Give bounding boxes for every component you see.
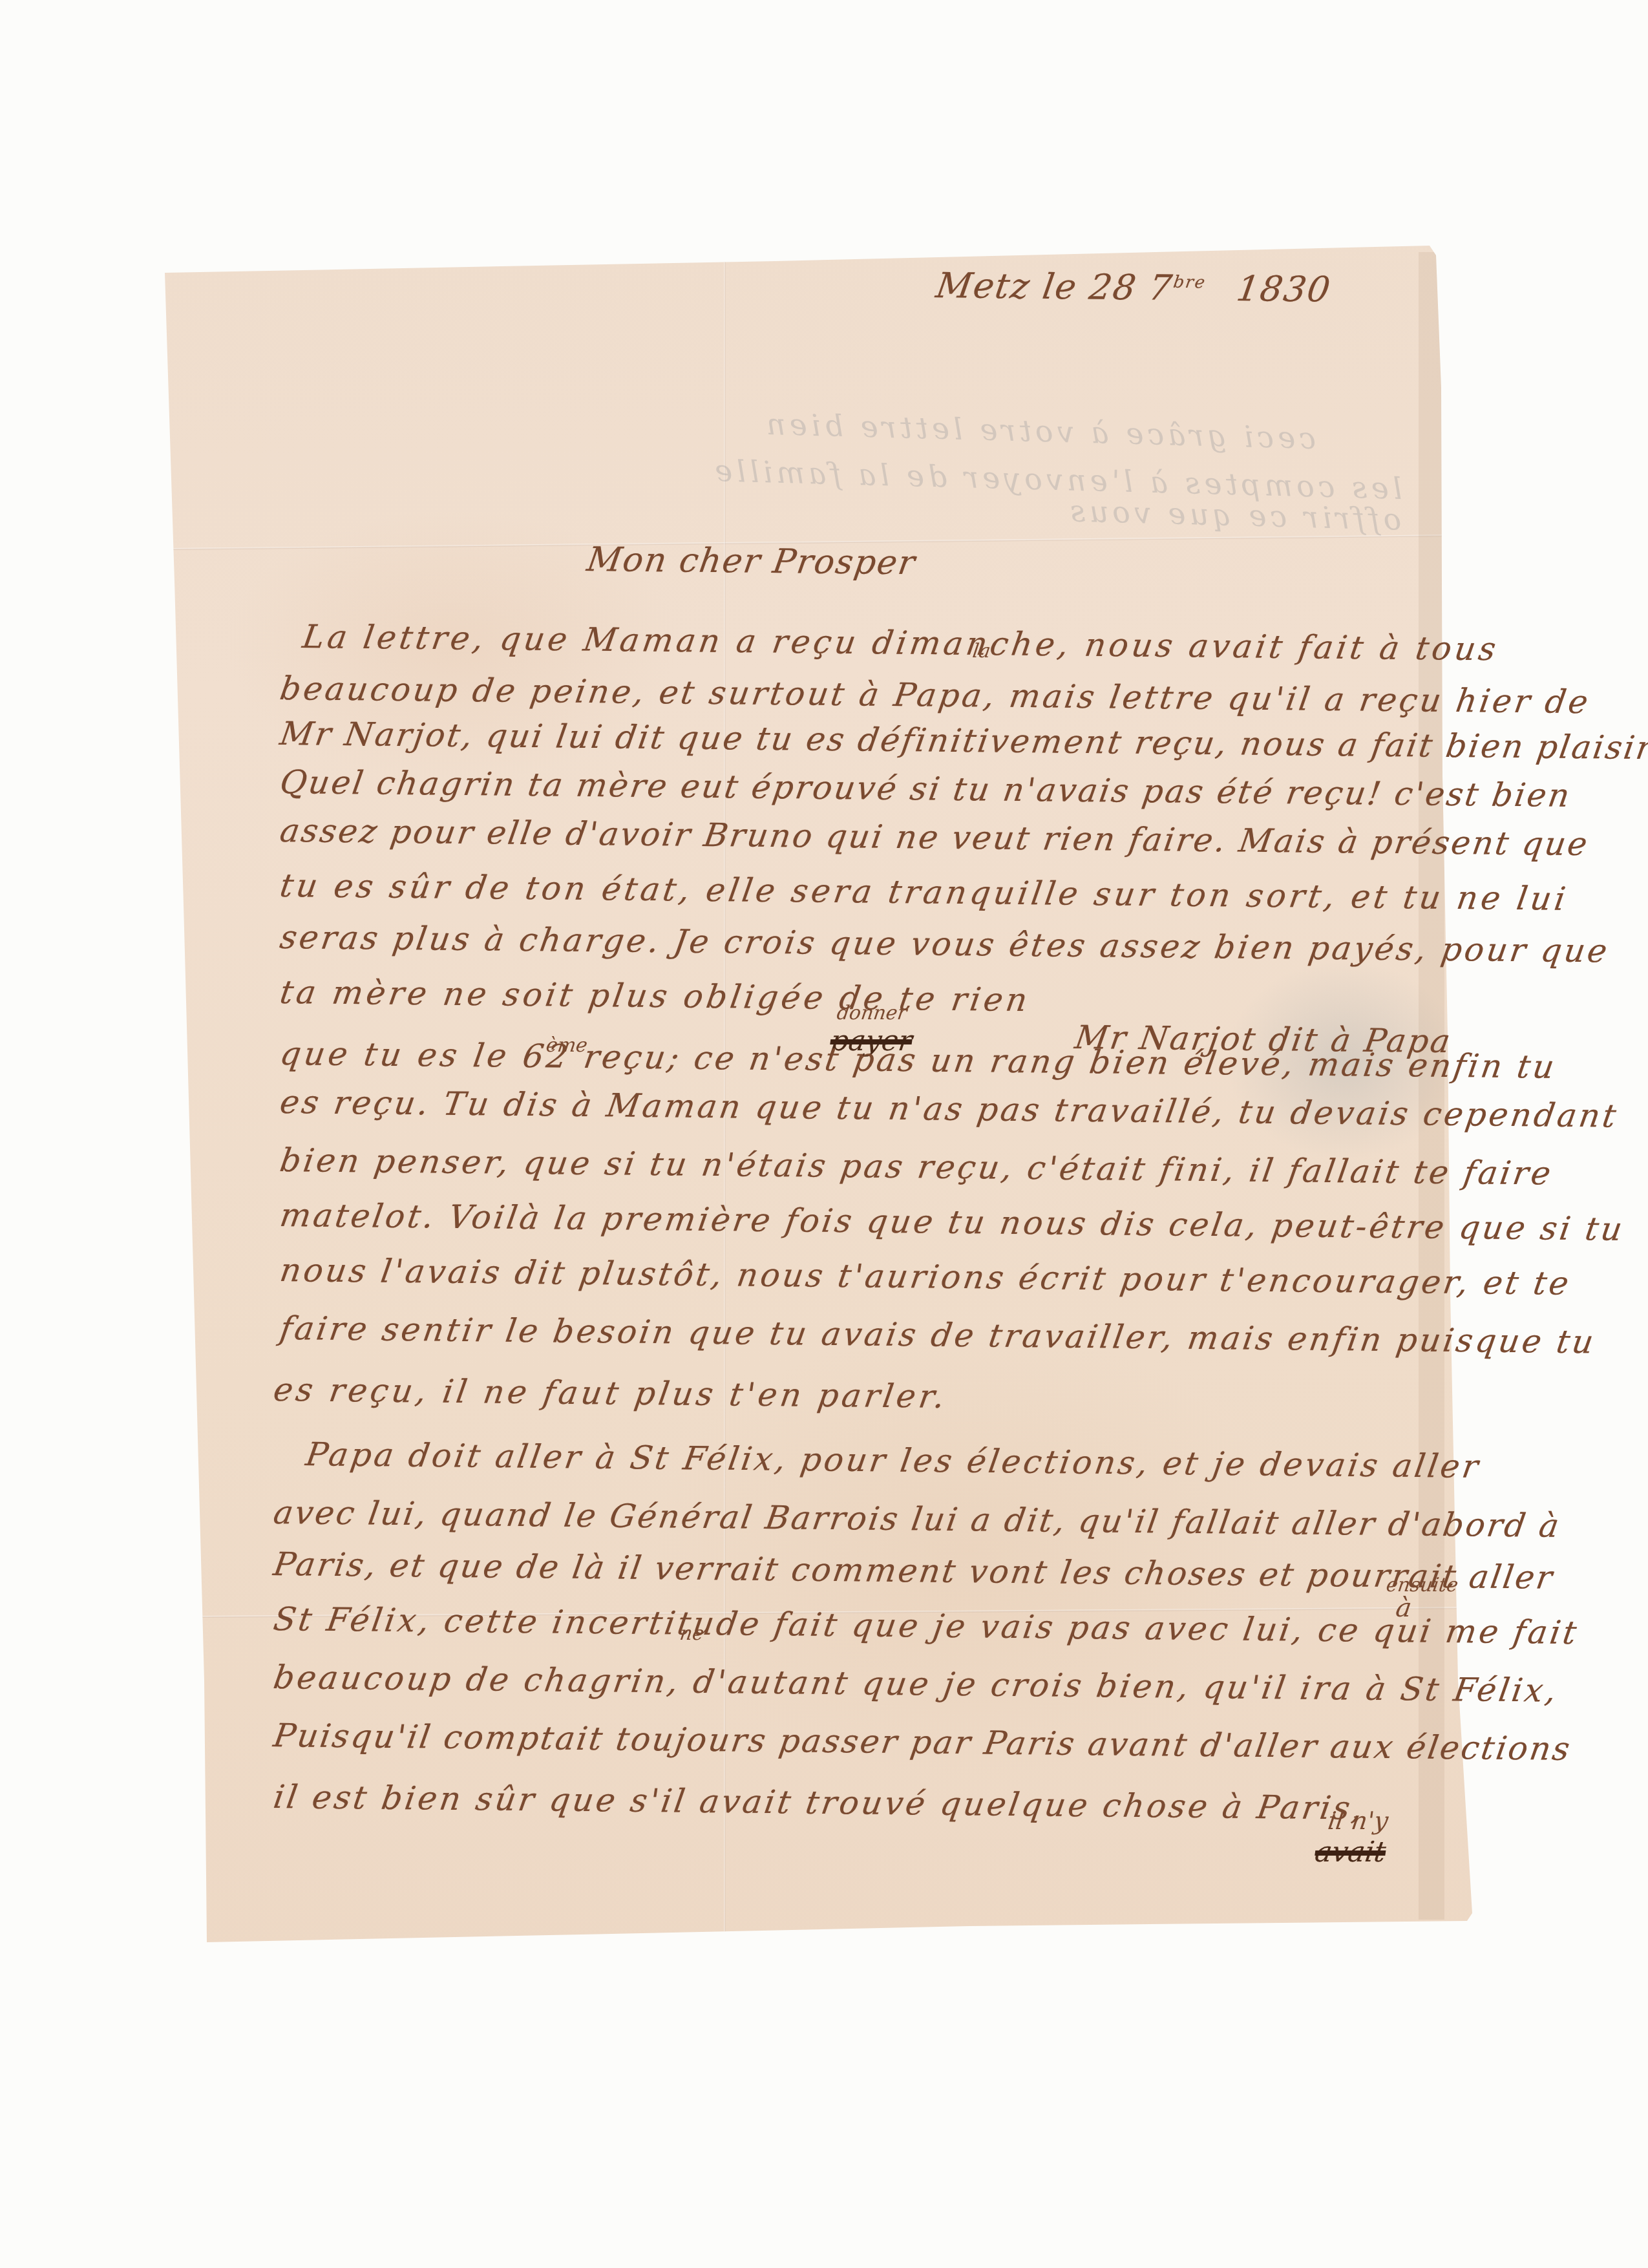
struck-word-avait: avait [1313, 1836, 1388, 1869]
bleed-through-line: les comptes à l'envoyer de la famille [710, 453, 1402, 506]
date-day: 28 [1086, 267, 1139, 308]
insertion-la: la [971, 640, 992, 662]
date-month: 7bre [1146, 268, 1208, 309]
letter-line-9a: que tu es le 62 [278, 1037, 573, 1073]
bleed-through-line: ceci grâce à votre lettre bien [762, 407, 1316, 456]
date-le: le [1040, 266, 1081, 307]
salutation: Mon cher Prosper [585, 543, 918, 580]
letter-date: Metz le 28 7bre 1830 [934, 268, 1333, 307]
superscript-eme: ème [545, 1034, 589, 1057]
letter-line-9b: reçu; ce n'est pas un rang bien élevé, m… [582, 1041, 1559, 1083]
insertion-ne: ne [679, 1622, 706, 1645]
date-place: Metz [933, 265, 1033, 306]
letter-line-8: ta mère ne soit plus obligée de te rien [278, 976, 1033, 1016]
letter-line-15: es reçu, il ne faut plus t'en parler. [271, 1373, 950, 1413]
insertion-ensuite: ensuite [1385, 1574, 1460, 1596]
date-year: 1830 [1234, 268, 1334, 310]
insertion-il-n-y: il n'y [1326, 1807, 1390, 1835]
right-edge-shade [1419, 252, 1444, 1920]
insertion-donner: donner [836, 1002, 909, 1024]
